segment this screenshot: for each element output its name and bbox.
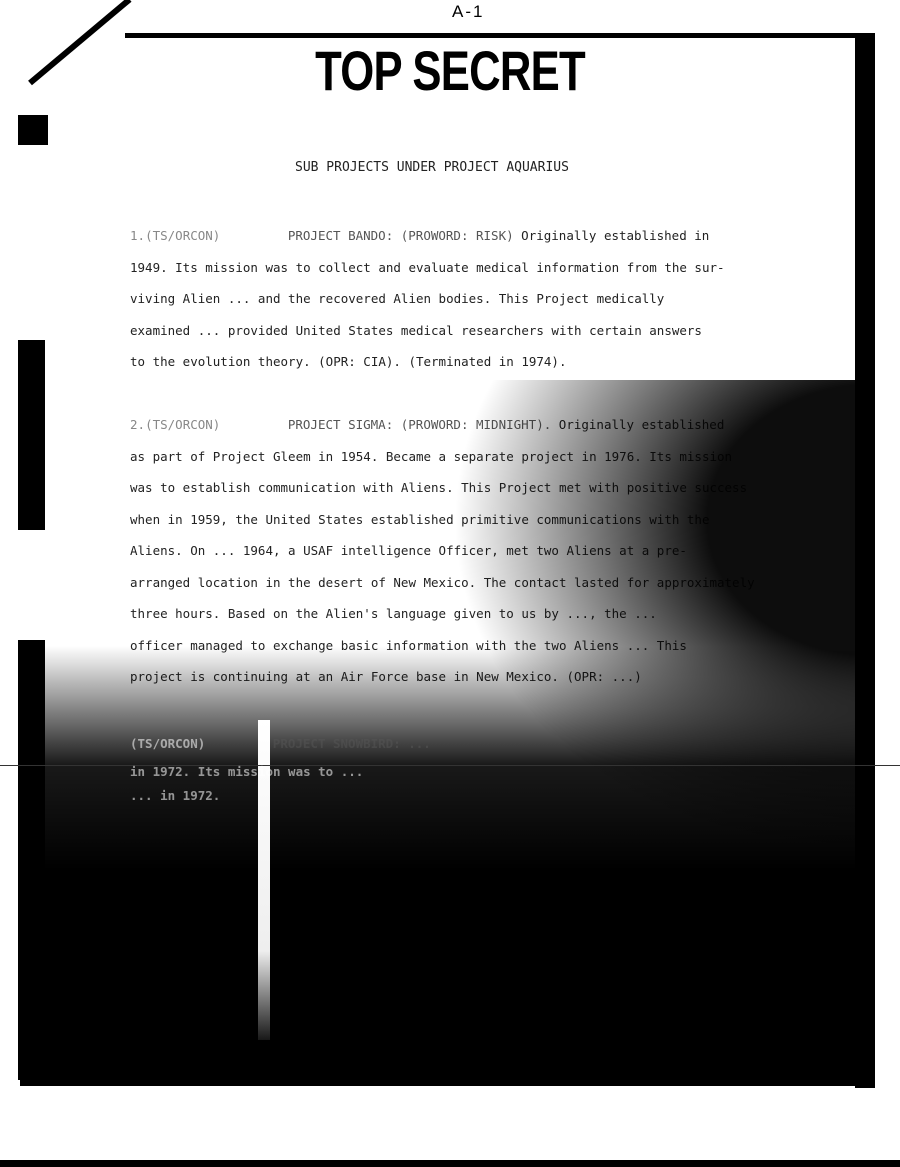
- scan-frame-right: [855, 33, 875, 1088]
- text-line: officer managed to exchange basic inform…: [130, 630, 780, 662]
- text-line: Originally established: [559, 417, 725, 432]
- text-line: when in 1959, the United States establis…: [130, 504, 780, 536]
- paragraph-header: (TS/ORCON) PROJECT SNOWBIRD: ...: [130, 728, 780, 760]
- text-line: viving Alien ... and the recovered Alien…: [130, 283, 780, 315]
- project-header: PROJECT SNOWBIRD: ...: [273, 728, 431, 760]
- paragraph-3: (TS/ORCON) PROJECT SNOWBIRD: ... in 1972…: [130, 728, 780, 808]
- text-line: Originally established in: [521, 228, 709, 243]
- scan-frame-bottom: [20, 1040, 875, 1086]
- scan-corner-mark: [18, 115, 48, 145]
- page-mark: A-1: [452, 2, 484, 22]
- project-header: PROJECT BANDO: (PROWORD: RISK): [288, 220, 514, 252]
- paragraph-number: 2.: [130, 417, 145, 432]
- scan-bottom-edge: [0, 1160, 900, 1167]
- text-line: project is continuing at an Air Force ba…: [130, 661, 780, 693]
- text-line: to the evolution theory. (OPR: CIA). (Te…: [130, 346, 780, 378]
- text-line: 1949. Its mission was to collect and eva…: [130, 252, 780, 284]
- paragraph-2: 2.(TS/ORCON) PROJECT SIGMA: (PROWORD: MI…: [130, 409, 780, 693]
- paragraph-header: 1.(TS/ORCON) PROJECT BANDO: (PROWORD: RI…: [130, 220, 780, 252]
- paragraph-header: 2.(TS/ORCON) PROJECT SIGMA: (PROWORD: MI…: [130, 409, 780, 441]
- text-line: three hours. Based on the Alien's langua…: [130, 598, 780, 630]
- paragraph-classification: (TS/ORCON): [145, 417, 220, 432]
- text-line: Aliens. On ... 1964, a USAF intelligence…: [130, 535, 780, 567]
- paragraph-classification: (TS/ORCON): [130, 736, 205, 751]
- scan-frame-left-lower: [18, 640, 45, 1080]
- project-header: PROJECT SIGMA: (PROWORD: MIDNIGHT).: [288, 409, 551, 441]
- scan-frame-left: [18, 340, 45, 530]
- paragraph-number: 1.: [130, 228, 145, 243]
- text-line: ... in 1972.: [130, 784, 780, 808]
- text-line: in 1972. Its mission was to ...: [130, 760, 780, 784]
- text-line: was to establish communication with Alie…: [130, 472, 780, 504]
- text-line: as part of Project Gleem in 1954. Became…: [130, 441, 780, 473]
- classification-title: TOP SECRET: [99, 38, 801, 103]
- paragraph-classification: (TS/ORCON): [145, 228, 220, 243]
- text-line: examined ... provided United States medi…: [130, 315, 780, 347]
- document-heading: SUB PROJECTS UNDER PROJECT AQUARIUS: [295, 160, 569, 175]
- paragraph-1: 1.(TS/ORCON) PROJECT BANDO: (PROWORD: RI…: [130, 220, 780, 378]
- text-line: arranged location in the desert of New M…: [130, 567, 780, 599]
